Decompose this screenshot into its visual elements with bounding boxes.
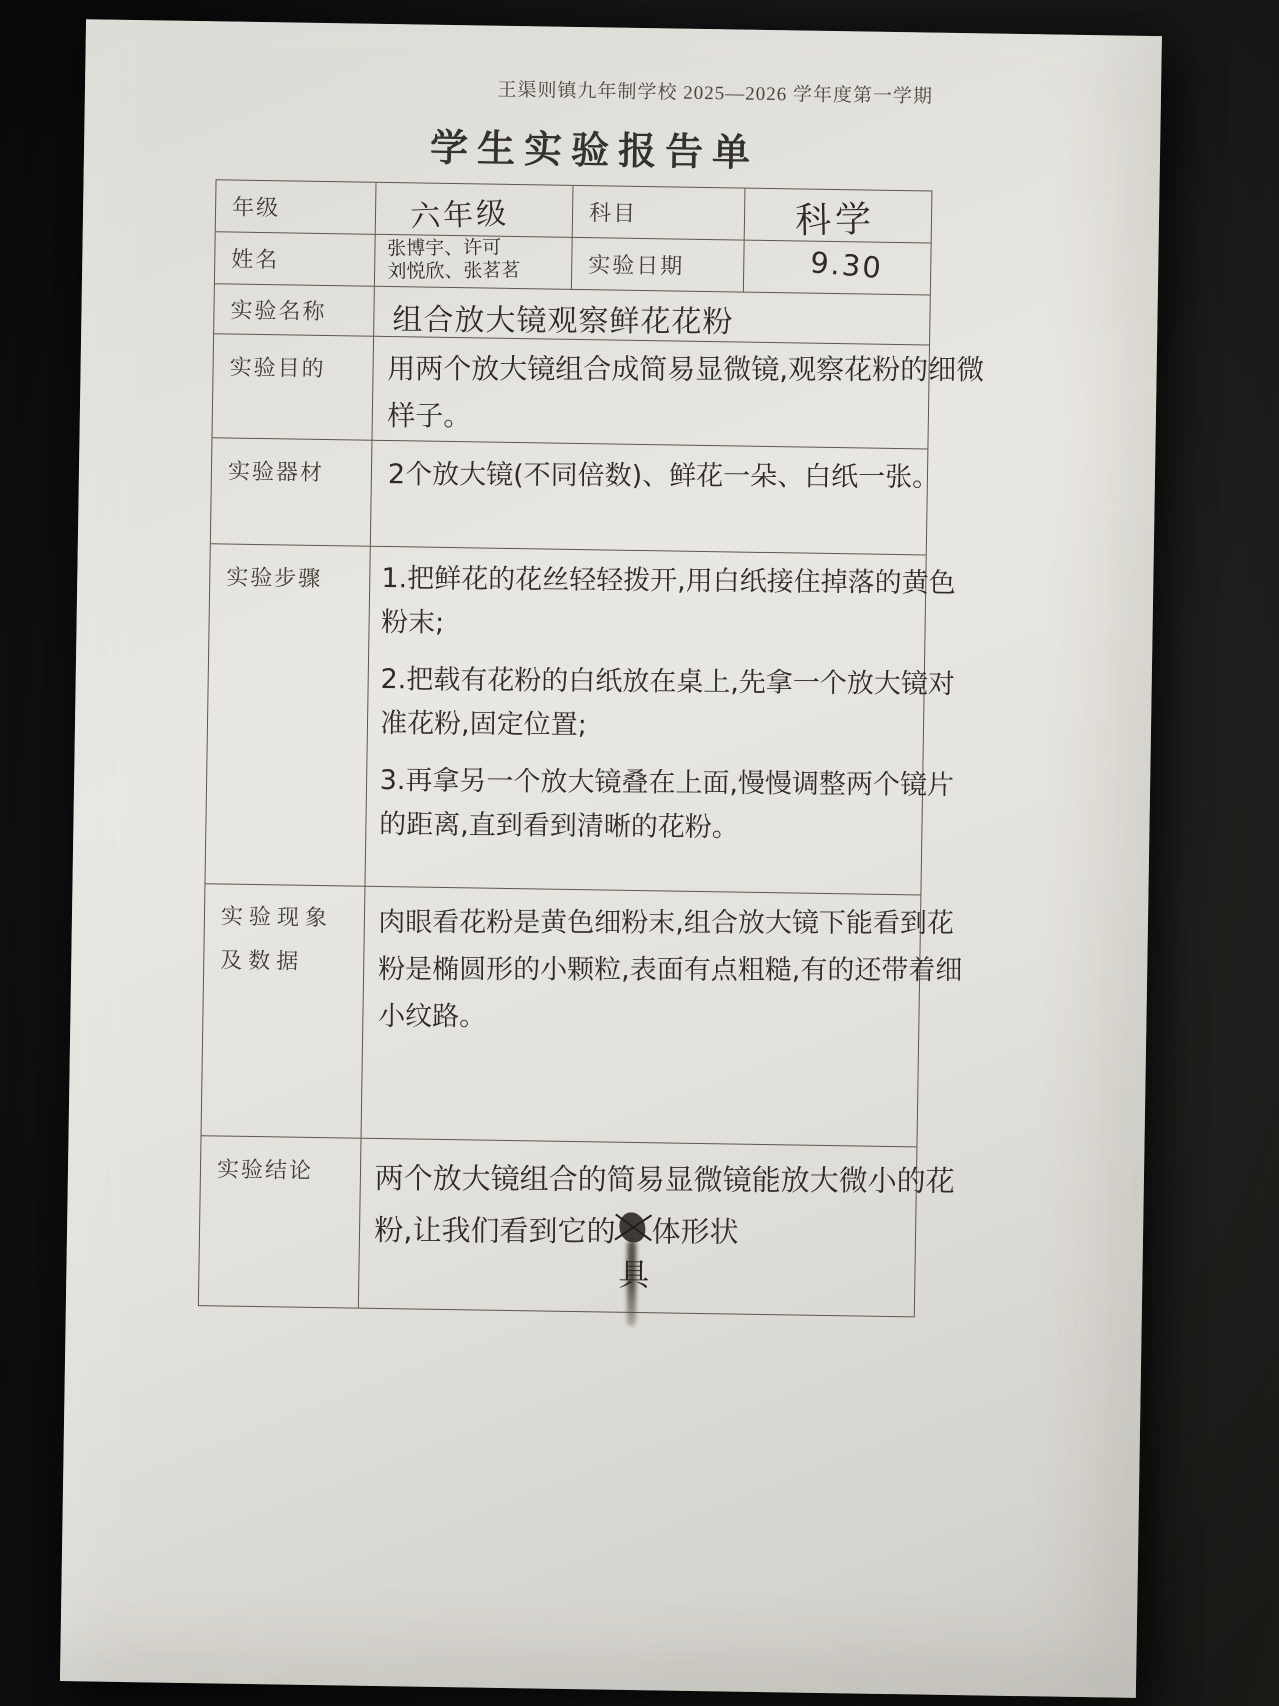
materials-value: 2个放大镜(不同倍数)、鲜花一朵、白纸一张。 [388, 454, 988, 499]
conclusion-value-cell: 两个放大镜组合的简易显微镜能放大微小的花粉,让我们看到它的 具 体形状 [359, 1139, 917, 1317]
subject-value: 科学 [795, 191, 876, 244]
grade-value: 六年级 [409, 188, 510, 236]
crossed-out-character: 具 [615, 1212, 651, 1246]
conclusion-value: 两个放大镜组合的简易显微镜能放大微小的花粉,让我们看到它的 具 体形状 [374, 1152, 965, 1259]
name-line-1: 张博宇、许可 [387, 236, 520, 260]
name-label-cell: 姓名 [215, 232, 376, 287]
subject-value-cell: 科学 [745, 189, 932, 244]
experiment-name-value: 组合放大镜观察鲜花花粉 [392, 295, 733, 341]
name-value-cell: 张博宇、许可 刘悦欣、张茗茗 [375, 235, 573, 290]
step-item-1: 1.把鲜花的花丝轻轻拨开,用白纸接住掉落的黄色粉末; [381, 557, 982, 650]
name-line-2: 刘悦欣、张茗茗 [387, 259, 520, 283]
date-label-cell: 实验日期 [572, 238, 745, 293]
conclusion-label-cell: 实验结论 [199, 1136, 362, 1307]
conclusion-text-part2: 体形状 [651, 1214, 738, 1248]
grade-label-cell: 年级 [216, 180, 377, 235]
step-item-3: 3.再拿另一个放大镜叠在上面,慢慢调整两个镜片的距离,直到看到清晰的花粉。 [379, 759, 980, 852]
materials-label-cell: 实验器材 [211, 438, 373, 547]
observation-label-cell: 实验现象及数据 [202, 884, 366, 1138]
school-header: 王渠则镇九年制学校 2025—2026 学年度第一学期 [497, 75, 933, 109]
steps-value-cell: 1.把鲜花的花丝轻轻拨开,用白纸接住掉落的黄色粉末; 2.把载有花粉的白纸放在桌… [365, 547, 925, 896]
report-table: 年级 六年级 科目 科学 姓名 张博宇、许可 刘悦欣、张茗茗 实验日期 9.30… [198, 179, 933, 1317]
materials-value-cell: 2个放大镜(不同倍数)、鲜花一朵、白纸一张。 [371, 441, 928, 556]
step-item-2: 2.把载有花粉的白纸放在桌上,先拿一个放大镜对准花粉,固定位置; [380, 658, 981, 751]
date-value-cell: 9.30 [744, 241, 931, 296]
purpose-label-cell: 实验目的 [212, 334, 374, 441]
experiment-name-label-cell: 实验名称 [214, 284, 375, 337]
experiment-name-value-cell: 组合放大镜观察鲜花花粉 [374, 287, 930, 346]
observation-value: 肉眼看花粉是黄色细粉末,组合放大镜下能看到花粉是椭圆形的小颗粒,表面有点粗糙,有… [378, 899, 963, 1041]
purpose-value: 用两个放大镜组合成简易显微镜,观察花粉的细微样子。 [387, 345, 987, 440]
steps-list: 1.把鲜花的花丝轻轻拨开,用白纸接住掉落的黄色粉末; 2.把载有花粉的白纸放在桌… [379, 557, 982, 865]
observation-value-cell: 肉眼看花粉是黄色细粉末,组合放大镜下能看到花粉是椭圆形的小颗粒,表面有点粗糙,有… [362, 887, 921, 1148]
name-value: 张博宇、许可 刘悦欣、张茗茗 [387, 236, 520, 283]
steps-label-cell: 实验步骤 [205, 544, 370, 886]
page-title: 学生实验报告单 [84, 111, 1106, 182]
grade-value-cell: 六年级 [376, 183, 574, 238]
purpose-value-cell: 用两个放大镜组合成简易显微镜,观察花粉的细微样子。 [372, 337, 929, 450]
date-value: 9.30 [809, 245, 884, 285]
correction-character: 具 [618, 1249, 649, 1301]
report-sheet: 王渠则镇九年制学校 2025—2026 学年度第一学期 学生实验报告单 年级 六… [60, 19, 1162, 1698]
subject-label-cell: 科目 [573, 186, 746, 241]
